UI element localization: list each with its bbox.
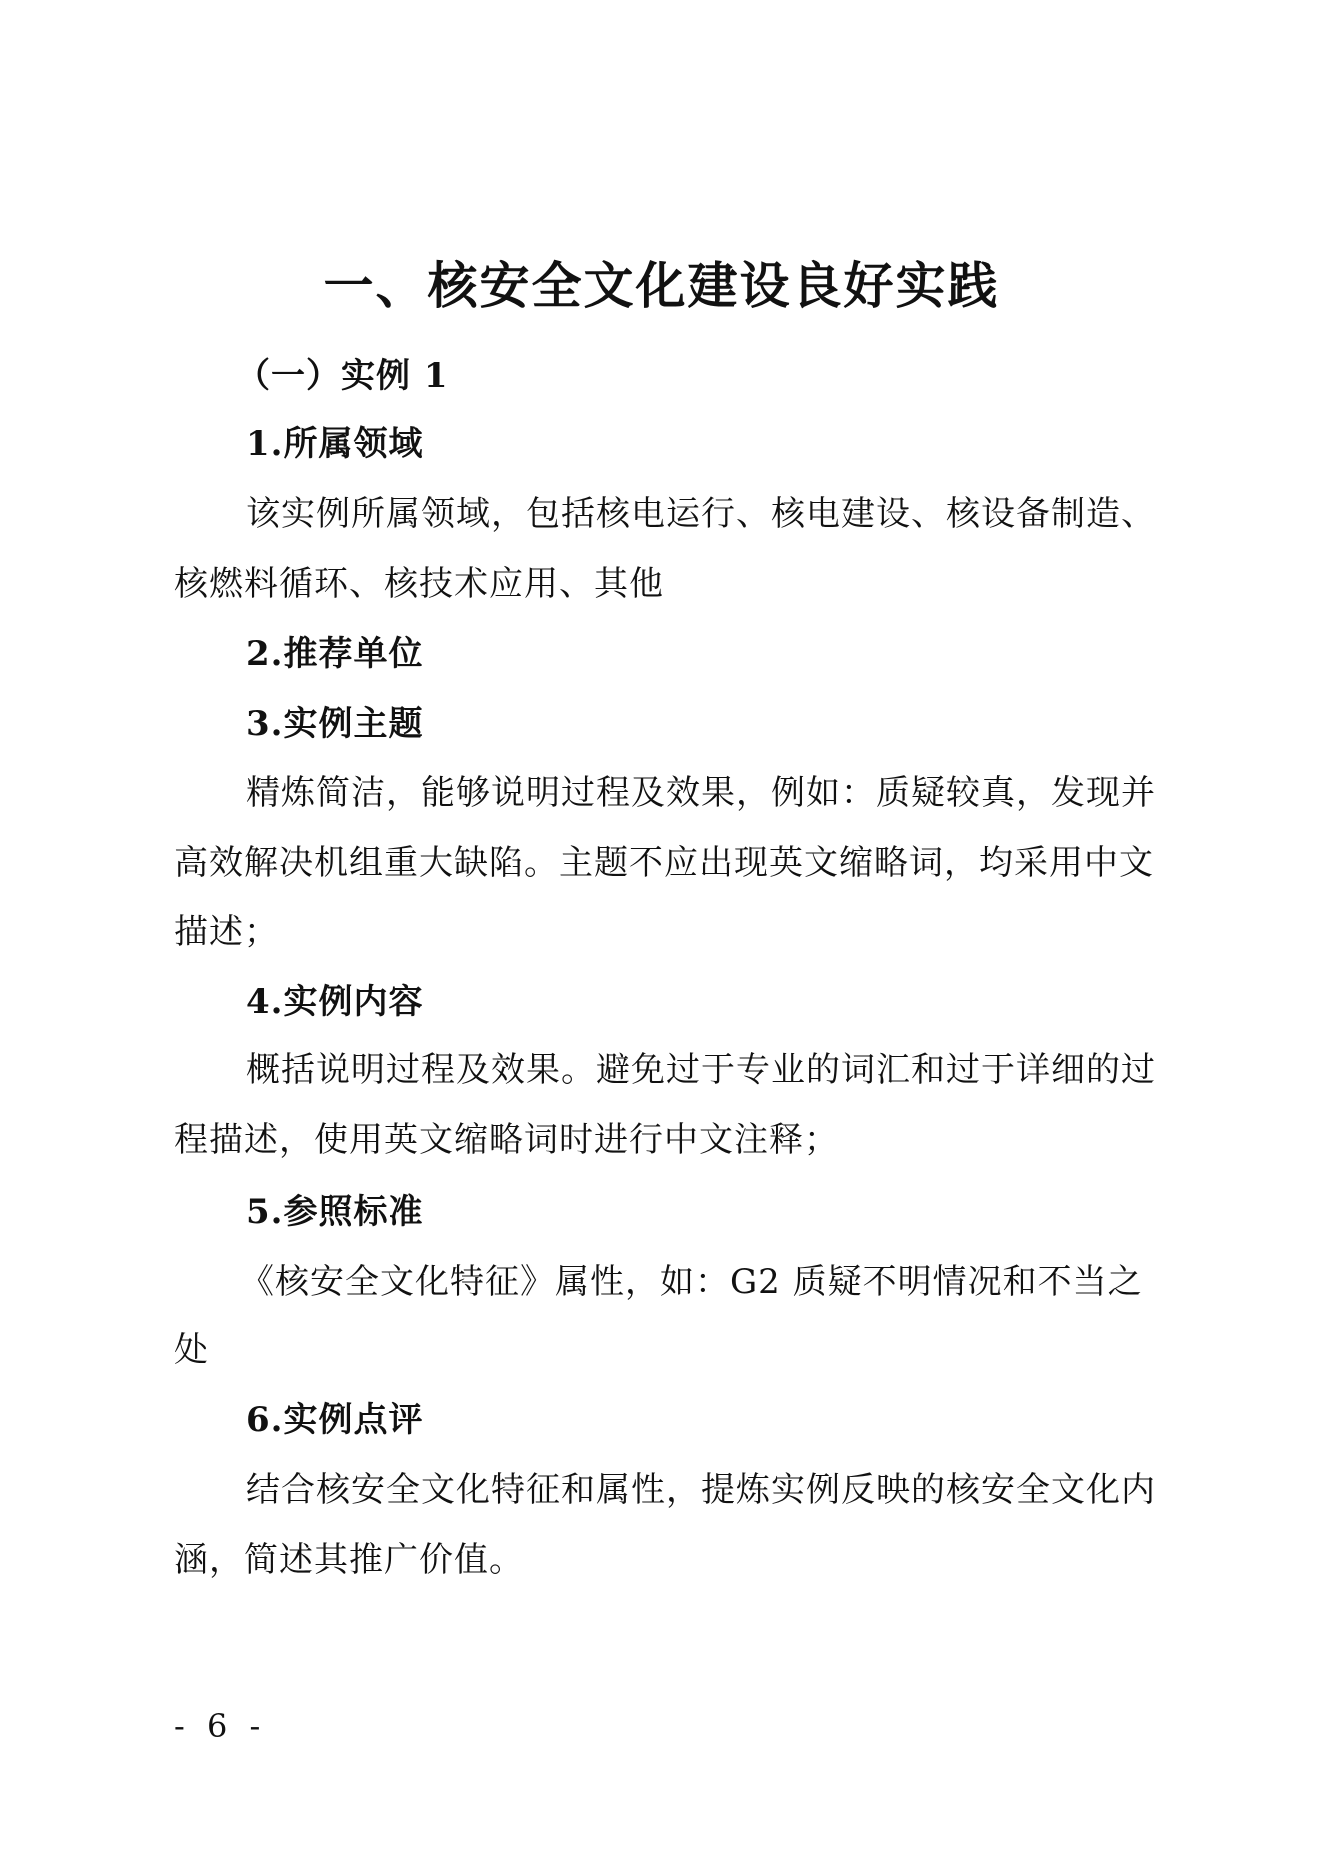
item-5-text-line: 处: [174, 1330, 1164, 1370]
item-1-text-line: 核燃料循环、核技术应用、其他: [174, 564, 1164, 604]
item-heading-1: 1.所属领域: [246, 424, 1236, 464]
page-number: - 6 -: [174, 1708, 266, 1744]
section-heading: （一）实例 1: [236, 356, 1226, 396]
item-1-text-line: 该实例所属领域，包括核电运行、核电建设、核设备制造、: [246, 494, 1236, 534]
item-heading-4: 4.实例内容: [246, 982, 1236, 1022]
item-heading-3: 3.实例主题: [246, 704, 1236, 744]
item-6-text-line: 涵，简述其推广价值。: [174, 1540, 1164, 1580]
item-5-text-line: 《核安全文化特征》属性，如：G2 质疑不明情况和不当之: [240, 1262, 1230, 1302]
item-3-text-line: 精炼简洁，能够说明过程及效果，例如：质疑较真，发现并: [246, 773, 1236, 813]
item-heading-5: 5.参照标准: [246, 1192, 1236, 1232]
item-3-text-line: 高效解决机组重大缺陷。主题不应出现英文缩略词，均采用中文: [174, 843, 1164, 883]
item-heading-2: 2.推荐单位: [246, 634, 1236, 674]
item-4-text-line: 概括说明过程及效果。避免过于专业的词汇和过于详细的过: [246, 1050, 1236, 1090]
item-heading-6: 6.实例点评: [246, 1400, 1236, 1440]
item-4-text-line: 程描述，使用英文缩略词时进行中文注释；: [174, 1120, 1164, 1160]
item-6-text-line: 结合核安全文化特征和属性，提炼实例反映的核安全文化内: [246, 1470, 1236, 1510]
page-title: 一、核安全文化建设良好实践: [0, 258, 1323, 314]
item-3-text-line: 描述；: [174, 912, 1164, 952]
